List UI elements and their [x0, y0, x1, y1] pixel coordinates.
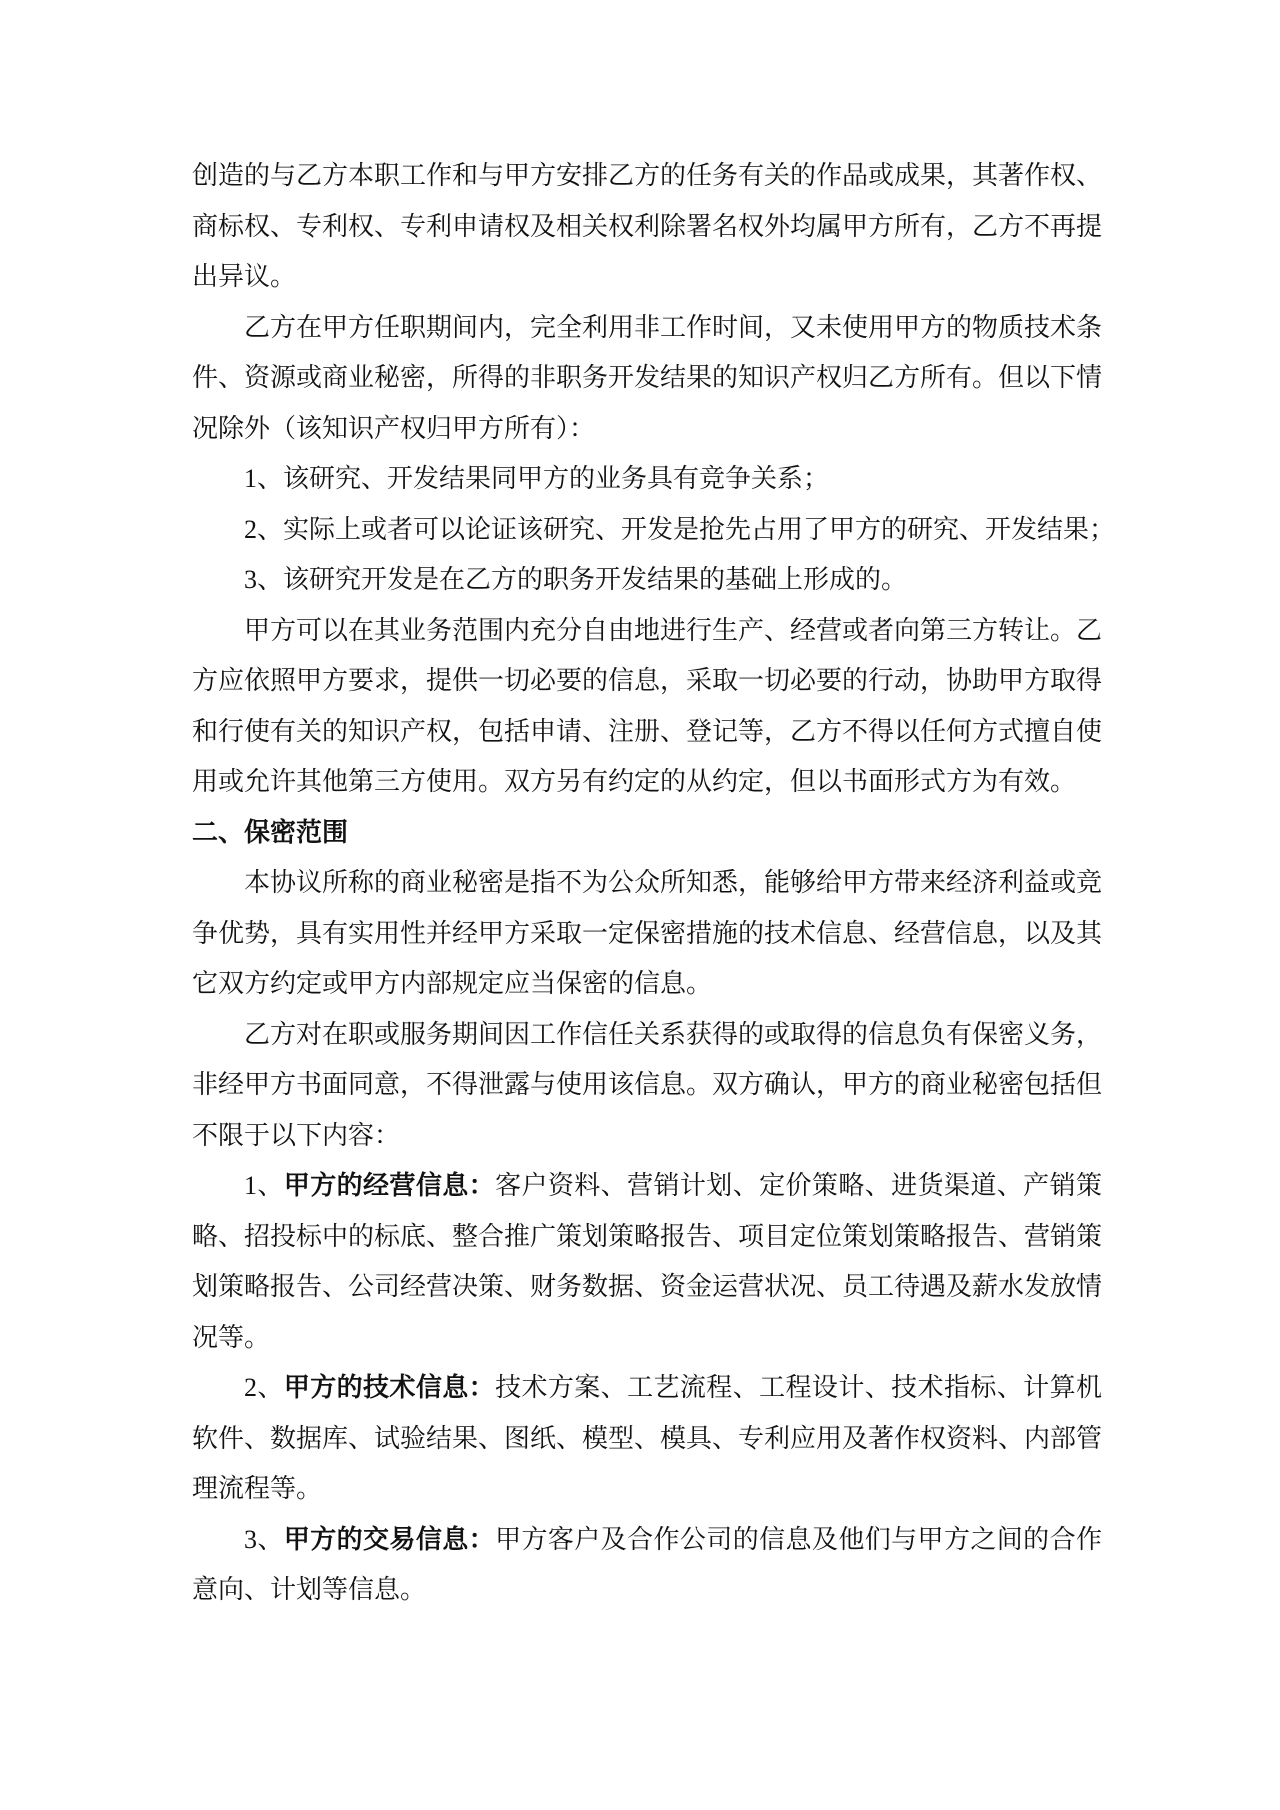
text-line: 2、甲方的技术信息：技术方案、工艺流程、工程设计、技术指标、计算机 [192, 1363, 1102, 1414]
line-text: 用或允许其他第三方使用。双方另有约定的从约定，但以书面形式方为有效。 [192, 767, 1076, 796]
line-text: 况除外（该知识产权归甲方所有）： [192, 414, 595, 443]
list-number: 2、 [244, 1373, 284, 1402]
text-line: 出异议。 [192, 252, 1102, 303]
text-line: 乙方对在职或服务期间因工作信任关系获得的或取得的信息负有保密义务， [192, 1010, 1102, 1061]
line-text: 商标权、专利权、专利申请权及相关权利除署名权外均属甲方所有，乙方不再提 [192, 212, 1102, 241]
line-text: 略、招投标中的标底、整合推广策划策略报告、项目定位策划策略报告、营销策 [192, 1222, 1102, 1251]
line-text: 它双方约定或甲方内部规定应当保密的信息。 [192, 969, 712, 998]
line-text: 客户资料、营销计划、定价策略、进货渠道、产销策 [495, 1171, 1102, 1200]
text-line: 商标权、专利权、专利申请权及相关权利除署名权外均属甲方所有，乙方不再提 [192, 202, 1102, 253]
line-text: 划策略报告、公司经营决策、财务数据、资金运营状况、员工待遇及薪水发放情 [192, 1272, 1102, 1301]
text-line: 2、实际上或者可以论证该研究、开发是抢先占用了甲方的研究、开发结果； [192, 505, 1102, 556]
line-text: 不限于以下内容： [192, 1121, 400, 1150]
line-text: 本协议所称的商业秘密是指不为公众所知悉，能够给甲方带来经济利益或竞 [244, 868, 1102, 897]
text-line: 况除外（该知识产权归甲方所有）： [192, 404, 1102, 455]
text-line: 1、该研究、开发结果同甲方的业务具有竞争关系； [192, 454, 1102, 505]
line-text: 理流程等。 [192, 1474, 322, 1503]
text-line: 它双方约定或甲方内部规定应当保密的信息。 [192, 959, 1102, 1010]
text-line: 用或允许其他第三方使用。双方另有约定的从约定，但以书面形式方为有效。 [192, 757, 1102, 808]
document-body: 创造的与乙方本职工作和与甲方安排乙方的任务有关的作品或成果，其著作权、商标权、专… [192, 151, 1102, 1616]
text-line: 非经甲方书面同意，不得泄露与使用该信息。双方确认，甲方的商业秘密包括但 [192, 1060, 1102, 1111]
text-line: 理流程等。 [192, 1464, 1102, 1515]
line-text: 2、实际上或者可以论证该研究、开发是抢先占用了甲方的研究、开发结果； [244, 515, 1115, 544]
text-line: 1、甲方的经营信息：客户资料、营销计划、定价策略、进货渠道、产销策 [192, 1161, 1102, 1212]
bold-label: 甲方的技术信息： [284, 1373, 495, 1402]
text-line: 和行使有关的知识产权，包括申请、注册、登记等，乙方不得以任何方式擅自使 [192, 707, 1102, 758]
line-text: 甲方可以在其业务范围内充分自由地进行生产、经营或者向第三方转让。乙 [244, 616, 1102, 645]
bold-label: 甲方的经营信息： [284, 1171, 495, 1200]
text-line: 况等。 [192, 1313, 1102, 1364]
line-text: 出异议。 [192, 262, 296, 291]
text-line: 本协议所称的商业秘密是指不为公众所知悉，能够给甲方带来经济利益或竞 [192, 858, 1102, 909]
section-heading-label: 二、保密范围 [192, 818, 348, 847]
list-number: 3、 [244, 1525, 284, 1554]
line-text: 意向、计划等信息。 [192, 1575, 426, 1604]
line-text: 创造的与乙方本职工作和与甲方安排乙方的任务有关的作品或成果，其著作权、 [192, 161, 1102, 190]
line-text: 和行使有关的知识产权，包括申请、注册、登记等，乙方不得以任何方式擅自使 [192, 717, 1102, 746]
text-line: 3、该研究开发是在乙方的职务开发结果的基础上形成的。 [192, 555, 1102, 606]
text-line: 创造的与乙方本职工作和与甲方安排乙方的任务有关的作品或成果，其著作权、 [192, 151, 1102, 202]
line-text: 乙方对在职或服务期间因工作信任关系获得的或取得的信息负有保密义务， [244, 1020, 1102, 1049]
text-line: 软件、数据库、试验结果、图纸、模型、模具、专利应用及著作权资料、内部管 [192, 1414, 1102, 1465]
line-text: 技术方案、工艺流程、工程设计、技术指标、计算机 [495, 1373, 1102, 1402]
text-line: 不限于以下内容： [192, 1111, 1102, 1162]
text-line: 争优势，具有实用性并经甲方采取一定保密措施的技术信息、经营信息，以及其 [192, 909, 1102, 960]
line-text: 方应依照甲方要求，提供一切必要的信息，采取一切必要的行动，协助甲方取得 [192, 666, 1102, 695]
text-line: 方应依照甲方要求，提供一切必要的信息，采取一切必要的行动，协助甲方取得 [192, 656, 1102, 707]
text-line: 意向、计划等信息。 [192, 1565, 1102, 1616]
line-text: 3、该研究开发是在乙方的职务开发结果的基础上形成的。 [244, 565, 907, 594]
contract-document-page: 创造的与乙方本职工作和与甲方安排乙方的任务有关的作品或成果，其著作权、商标权、专… [192, 151, 1102, 1616]
line-text: 况等。 [192, 1323, 270, 1352]
line-text: 乙方在甲方任职期间内，完全利用非工作时间，又未使用甲方的物质技术条 [244, 313, 1102, 342]
text-line: 略、招投标中的标底、整合推广策划策略报告、项目定位策划策略报告、营销策 [192, 1212, 1102, 1263]
section-heading: 二、保密范围 [192, 808, 1102, 859]
line-text: 软件、数据库、试验结果、图纸、模型、模具、专利应用及著作权资料、内部管 [192, 1424, 1102, 1453]
text-line: 3、甲方的交易信息：甲方客户及合作公司的信息及他们与甲方之间的合作 [192, 1515, 1102, 1566]
line-text: 件、资源或商业秘密，所得的非职务开发结果的知识产权归乙方所有。但以下情 [192, 363, 1102, 392]
line-text: 争优势，具有实用性并经甲方采取一定保密措施的技术信息、经营信息，以及其 [192, 919, 1102, 948]
line-text: 非经甲方书面同意，不得泄露与使用该信息。双方确认，甲方的商业秘密包括但 [192, 1070, 1102, 1099]
text-line: 甲方可以在其业务范围内充分自由地进行生产、经营或者向第三方转让。乙 [192, 606, 1102, 657]
text-line: 乙方在甲方任职期间内，完全利用非工作时间，又未使用甲方的物质技术条 [192, 303, 1102, 354]
text-line: 划策略报告、公司经营决策、财务数据、资金运营状况、员工待遇及薪水发放情 [192, 1262, 1102, 1313]
list-number: 1、 [244, 1171, 284, 1200]
bold-label: 甲方的交易信息： [284, 1525, 495, 1554]
line-text: 1、该研究、开发结果同甲方的业务具有竞争关系； [244, 464, 829, 493]
line-text: 甲方客户及合作公司的信息及他们与甲方之间的合作 [495, 1525, 1102, 1554]
text-line: 件、资源或商业秘密，所得的非职务开发结果的知识产权归乙方所有。但以下情 [192, 353, 1102, 404]
